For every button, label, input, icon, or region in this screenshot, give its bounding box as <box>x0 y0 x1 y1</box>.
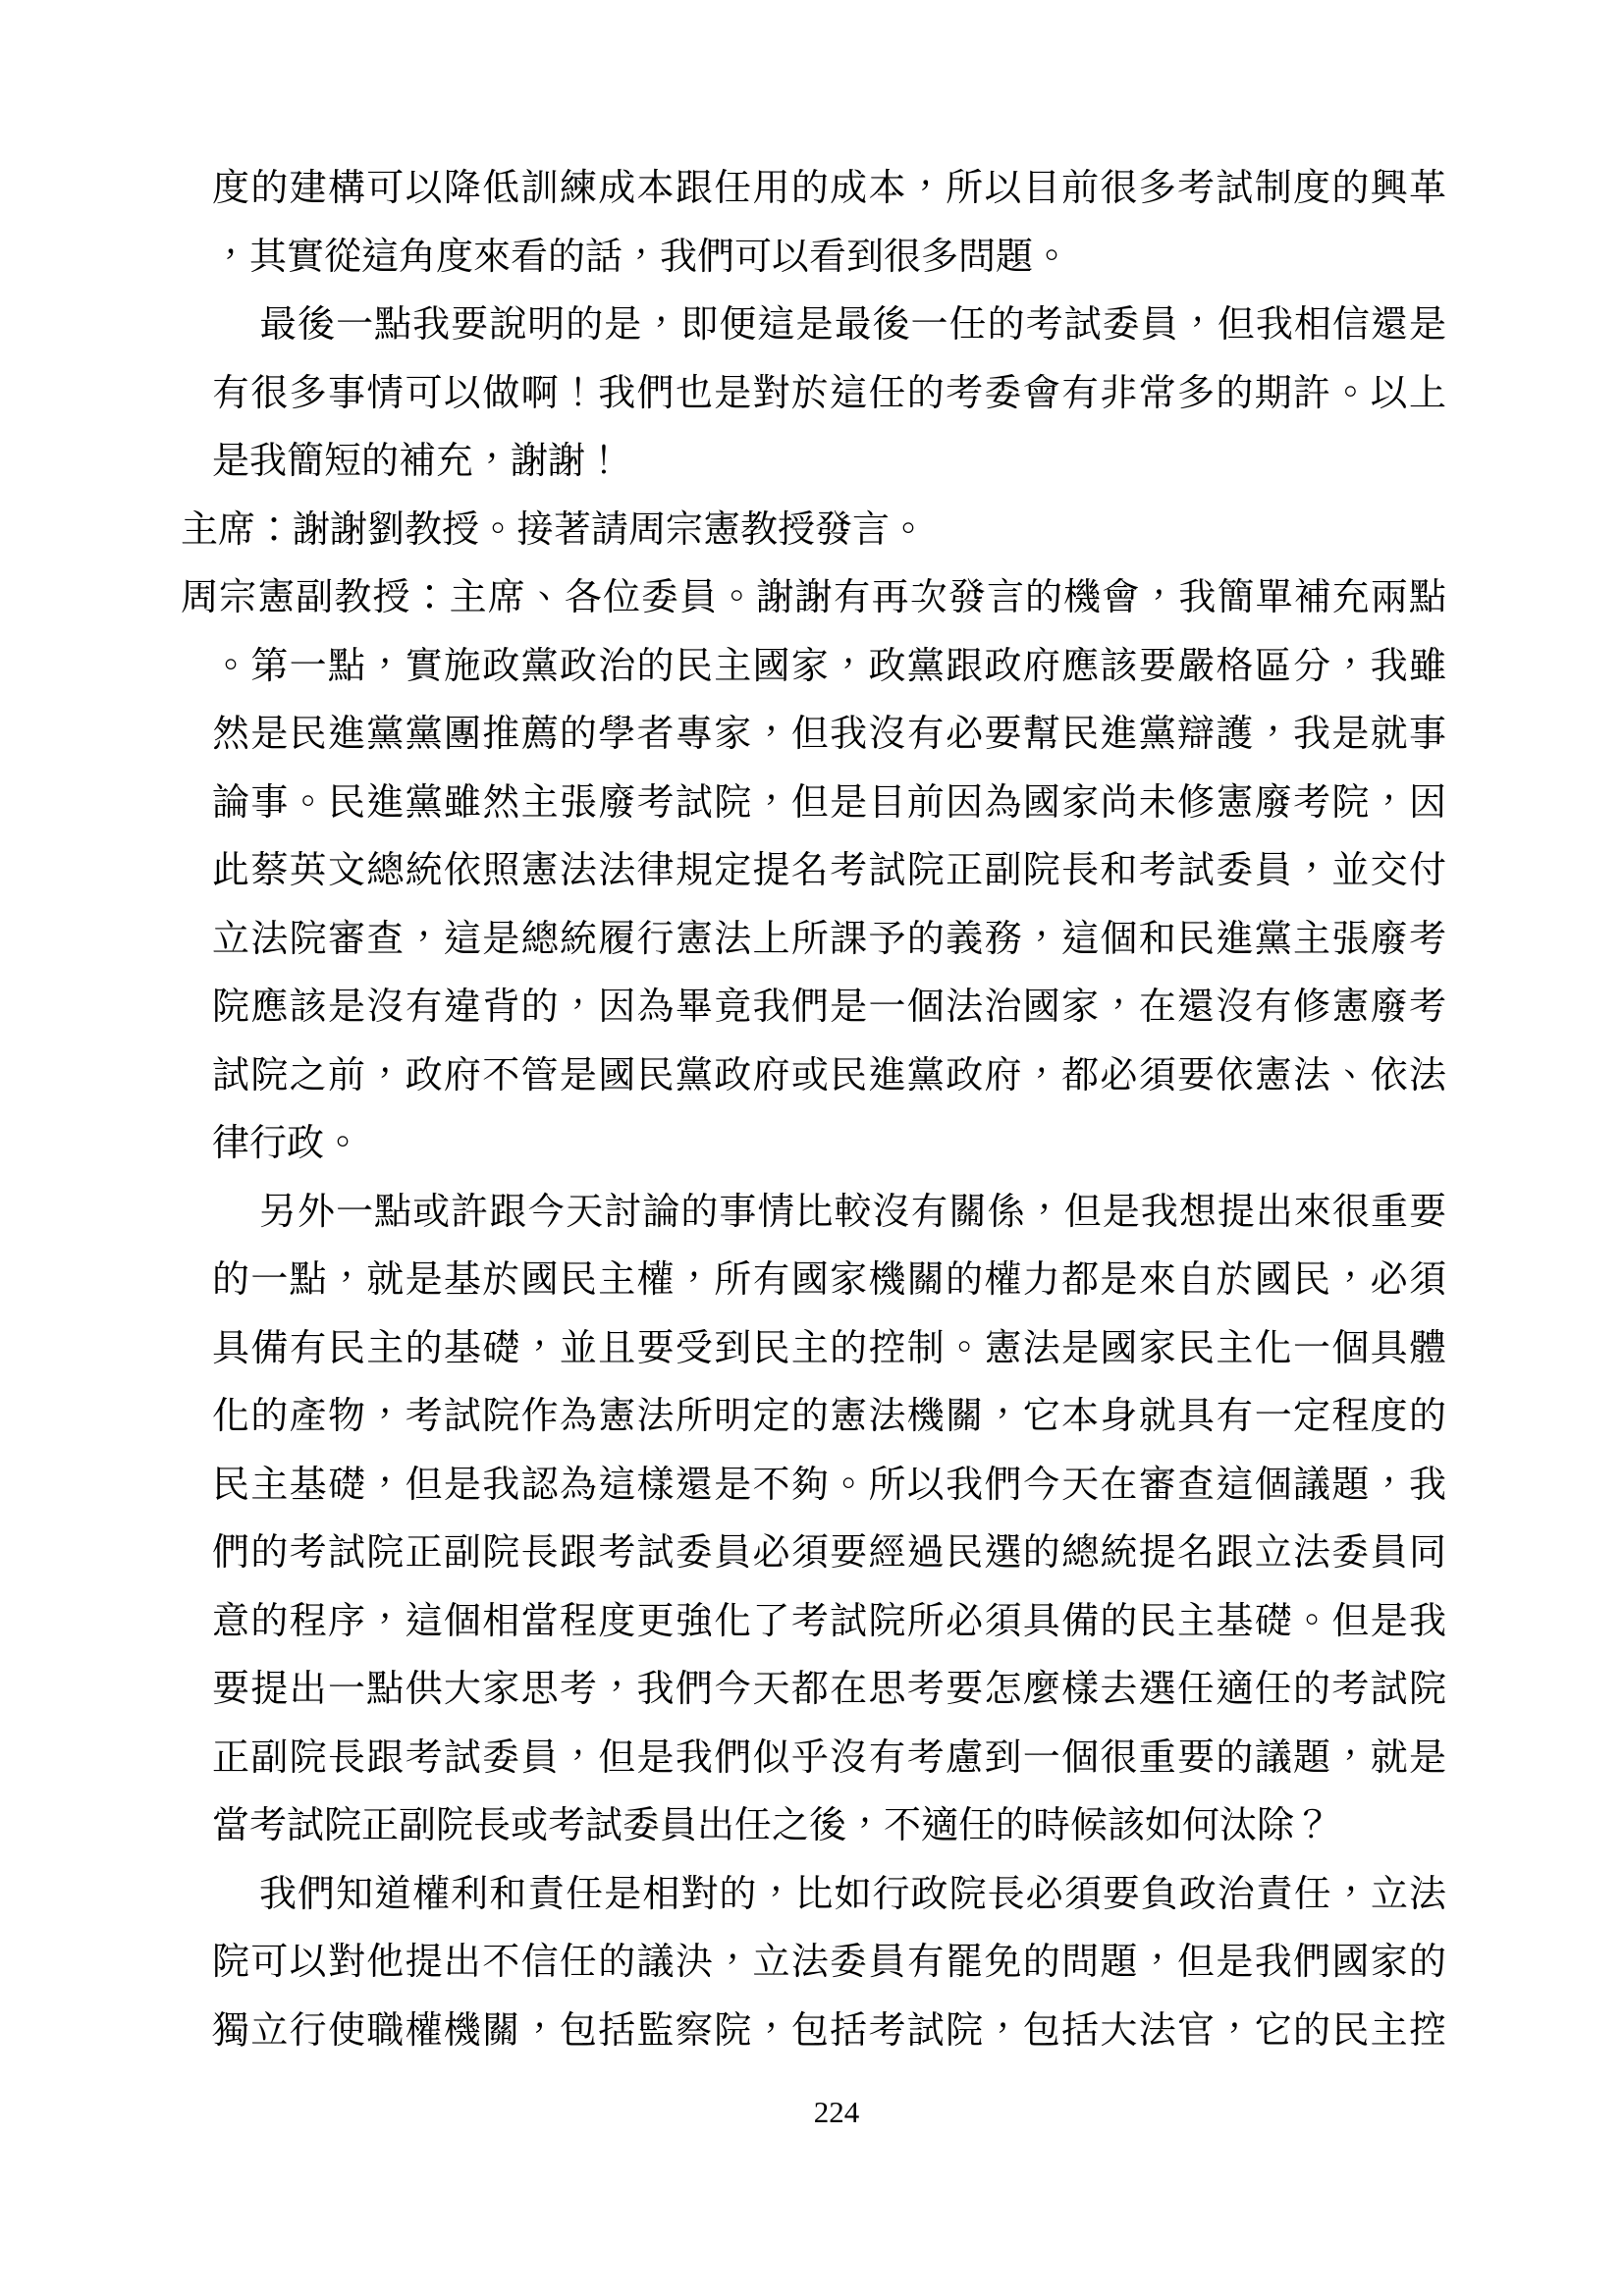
text-line: 是我簡短的補充，謝謝！ <box>181 428 1446 497</box>
text-line: 另外一點或許跟今天討論的事情比較沒有關係，但是我想提出來很重要 <box>181 1179 1446 1248</box>
text-line: 然是民進黨黨團推薦的學者專家，但我沒有必要幫民進黨辯護，我是就事 <box>181 701 1446 770</box>
text-line: 。第一點，實施政黨政治的民主國家，政黨跟政府應該要嚴格區分，我雖 <box>181 633 1446 702</box>
text-line: 院應該是沒有違背的，因為畢竟我們是一個法治國家，在還沒有修憲廢考 <box>181 974 1446 1042</box>
text-line: 有很多事情可以做啊！我們也是對於這任的考委會有非常多的期許。以上 <box>181 360 1446 429</box>
text-line: 具備有民主的基礎，並且要受到民主的控制。憲法是國家民主化一個具體 <box>181 1315 1446 1384</box>
transcript-text-block: 度的建構可以降低訓練成本跟任用的成本，所以目前很多考試制度的興革，其實從這角度來… <box>181 155 1446 2065</box>
text-line: 當考試院正副院長或考試委員出任之後，不適任的時候該如何汰除？ <box>181 1792 1446 1861</box>
text-line: 周宗憲副教授：主席、各位委員。謝謝有再次發言的機會，我簡單補充兩點 <box>181 564 1446 633</box>
transcript-page: 度的建構可以降低訓練成本跟任用的成本，所以目前很多考試制度的興革，其實從這角度來… <box>0 0 1624 2296</box>
text-line: 試院之前，政府不管是國民黨政府或民進黨政府，都必須要依憲法、依法 <box>181 1042 1446 1111</box>
text-line: 我們知道權利和責任是相對的，比如行政院長必須要負政治責任，立法 <box>181 1861 1446 1930</box>
text-line: 最後一點我要說明的是，即便這是最後一任的考試委員，但我相信還是 <box>181 292 1446 360</box>
text-line: 化的產物，考試院作為憲法所明定的憲法機關，它本身就具有一定程度的 <box>181 1383 1446 1452</box>
text-line: 論事。民進黨雖然主張廢考試院，但是目前因為國家尚未修憲廢考院，因 <box>181 770 1446 838</box>
text-line: 主席：謝謝劉教授。接著請周宗憲教授發言。 <box>181 497 1446 565</box>
text-line: 度的建構可以降低訓練成本跟任用的成本，所以目前很多考試制度的興革 <box>181 155 1446 224</box>
page-number: 224 <box>25 2095 1624 2130</box>
text-line: 要提出一點供大家思考，我們今天都在思考要怎麼樣去選任適任的考試院 <box>181 1656 1446 1725</box>
text-line: 院可以對他提出不信任的議決，立法委員有罷免的問題，但是我們國家的 <box>181 1929 1446 1998</box>
text-line: 們的考試院正副院長跟考試委員必須要經過民選的總統提名跟立法委員同 <box>181 1520 1446 1588</box>
text-line: 正副院長跟考試委員，但是我們似乎沒有考慮到一個很重要的議題，就是 <box>181 1725 1446 1793</box>
text-line: 立法院審查，這是總統履行憲法上所課予的義務，這個和民進黨主張廢考 <box>181 906 1446 975</box>
text-line: 的一點，就是基於國民主權，所有國家機關的權力都是來自於國民，必須 <box>181 1247 1446 1315</box>
text-line: 獨立行使職權機關，包括監察院，包括考試院，包括大法官，它的民主控 <box>181 1998 1446 2066</box>
text-line: ，其實從這角度來看的話，我們可以看到很多問題。 <box>181 224 1446 293</box>
text-line: 民主基礎，但是我認為這樣還是不夠。所以我們今天在審查這個議題，我 <box>181 1452 1446 1521</box>
text-line: 律行政。 <box>181 1110 1446 1179</box>
text-line: 意的程序，這個相當程度更強化了考試院所必須具備的民主基礎。但是我 <box>181 1588 1446 1657</box>
text-line: 此蔡英文總統依照憲法法律規定提名考試院正副院長和考試委員，並交付 <box>181 837 1446 906</box>
